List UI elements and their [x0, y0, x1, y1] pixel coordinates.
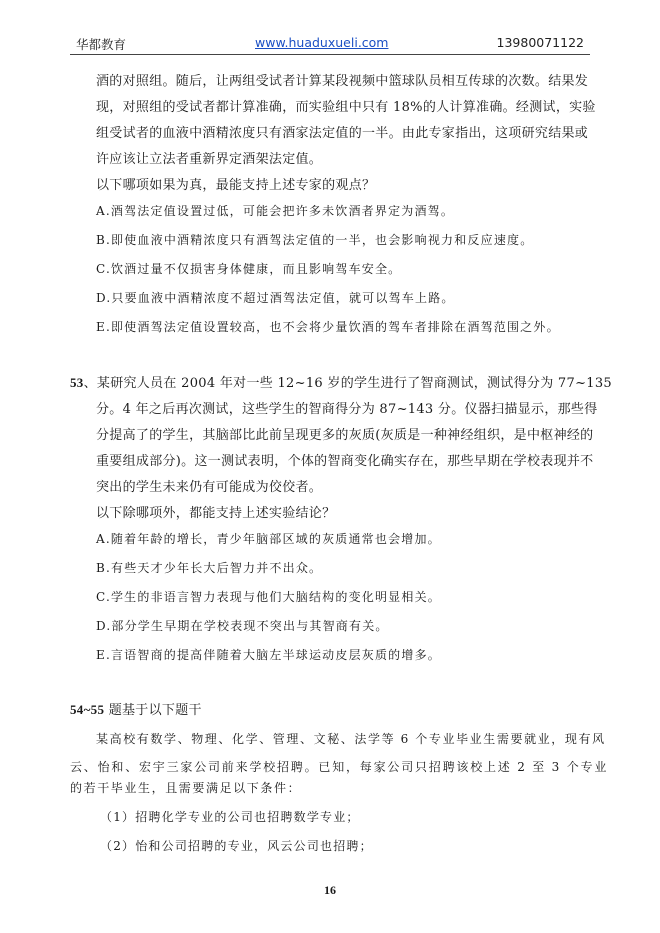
passage-line: 酒的对照组。随后，让两组受试者计算某段视频中篮球队员相互传球的次数。结果发	[96, 70, 588, 89]
page-header: 华都教育 www.huaduxueli.com 13980071122	[70, 35, 590, 55]
option-b: B.有些天才少年长大后智力并不出众。	[96, 559, 322, 576]
header-website-link[interactable]: www.huaduxueli.com	[255, 35, 388, 50]
condition-2: （2）怡和公司招聘的专业，风云公司也招聘；	[100, 837, 373, 854]
option-a: A.随着年龄的增长，青少年脑部区域的灰质通常也会增加。	[96, 530, 441, 547]
question-53-first-line: 53、某研究人员在 2004 年对一些 12~16 岁的学生进行了智商测试，测试…	[70, 372, 612, 391]
question-prompt: 以下哪项如果为真，最能支持上述专家的观点？	[96, 174, 375, 193]
option-d: D.部分学生早期在学校表现不突出与其智商有关。	[96, 617, 389, 634]
option-c: C.学生的非语言智力表现与他们大脑结构的变化明显相关。	[96, 588, 441, 605]
header-brand: 华都教育	[76, 35, 126, 53]
passage-line: 的若干毕业生，且需要满足以下条件：	[70, 779, 301, 796]
option-b: B.即使血液中酒精浓度只有酒驾法定值的一半，也会影响视力和反应速度。	[96, 231, 533, 248]
passage-line: 突出的学生未来仍有可能成为佼佼者。	[96, 476, 322, 495]
option-d: D.只要血液中酒精浓度不超过酒驾法定值，就可以驾车上路。	[96, 289, 455, 306]
passage-line: 云、怡和、宏宇三家公司前来学校招聘。已知，每家公司只招聘该校上述 2 至 3 个…	[70, 758, 608, 775]
section-heading: 54~55 题基于以下题干	[70, 699, 202, 718]
passage-line: 许应该让立法者重新界定酒架法定值。	[96, 148, 322, 167]
option-e: E.言语智商的提高伴随着大脑左半球运动皮层灰质的增多。	[96, 646, 441, 663]
passage-line: 组受试者的血液中酒精浓度只有酒家法定值的一半。由此专家指出，这项研究结果或	[96, 122, 588, 141]
option-a: A.酒驾法定值设置过低，可能会把许多未饮酒者界定为酒驾。	[96, 202, 454, 219]
header-phone: 13980071122	[497, 35, 584, 50]
passage-line: 现，对照组的受试者都计算准确，而实验组中只有 18%的人计算准确。经测试，实验	[96, 96, 596, 115]
passage-line: 分。4 年之后再次测试，这些学生的智商得分为 87~143 分。仪器扫描显示，那…	[96, 398, 598, 417]
option-c: C.饮酒过量不仅损害身体健康，而且影响驾车安全。	[96, 260, 401, 277]
condition-1: （1）招聘化学专业的公司也招聘数学专业；	[100, 808, 360, 825]
question-prompt: 以下除哪项外，都能支持上述实验结论？	[96, 502, 335, 521]
page-number: 16	[0, 883, 660, 898]
passage-line: 某高校有数学、物理、化学、管理、文秘、法学等 6 个专业毕业生需要就业，现有风	[96, 730, 606, 747]
question-number: 53	[70, 375, 84, 390]
passage-line: 重要组成部分)。这一测试表明，个体的智商变化确实存在，那些早期在学校表现并不	[96, 450, 593, 469]
option-e: E.即使酒驾法定值设置较高，也不会将少量饮酒的驾车者排除在酒驾范围之外。	[96, 318, 560, 335]
question-number: 54~55	[70, 702, 104, 717]
passage-line: 分提高了的学生，其脑部比此前呈现更多的灰质(灰质是一种神经组织，是中枢神经的	[96, 424, 593, 443]
